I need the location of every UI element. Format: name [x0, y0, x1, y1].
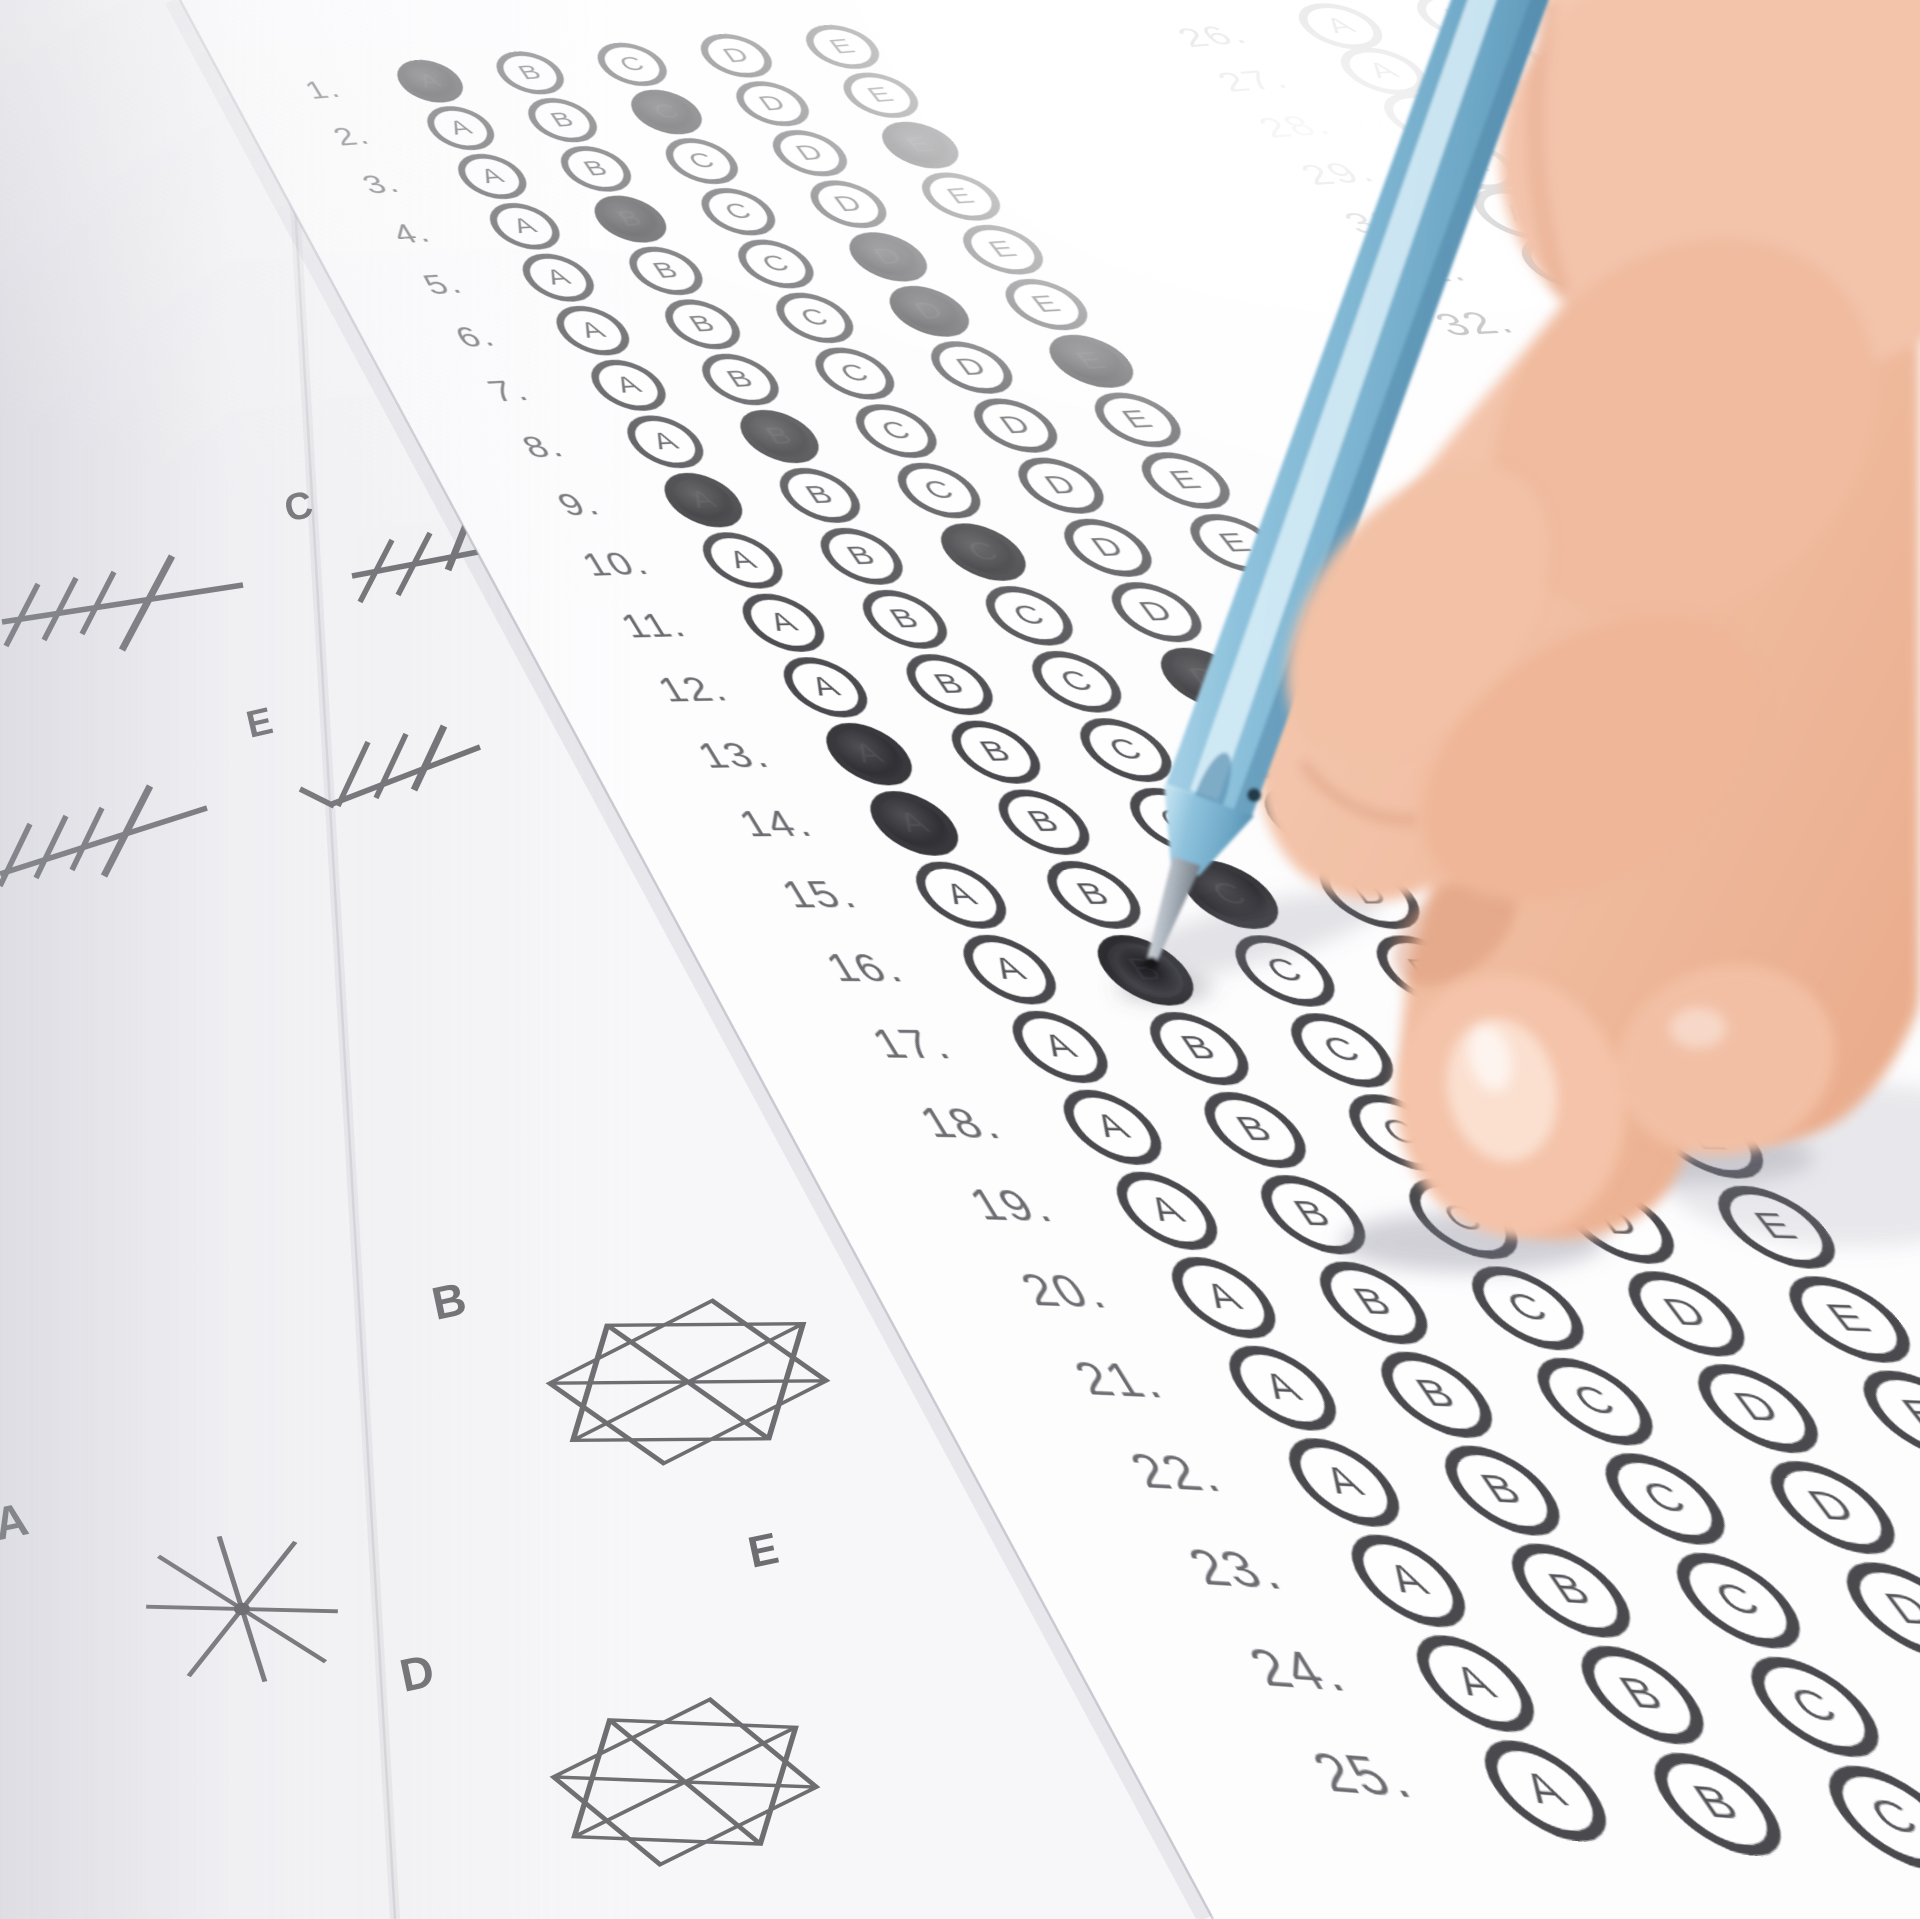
photo-scene: C E A B D E 1.ABCDE2.ABCDE3.ABCDE4.ABCDE…	[0, 0, 1920, 1919]
ring-fingertip-shine	[1670, 1008, 1726, 1048]
hand-and-pen-layer	[0, 0, 1920, 1919]
pen-ink-point	[1144, 957, 1158, 969]
pen-cone-dot	[1247, 788, 1261, 802]
